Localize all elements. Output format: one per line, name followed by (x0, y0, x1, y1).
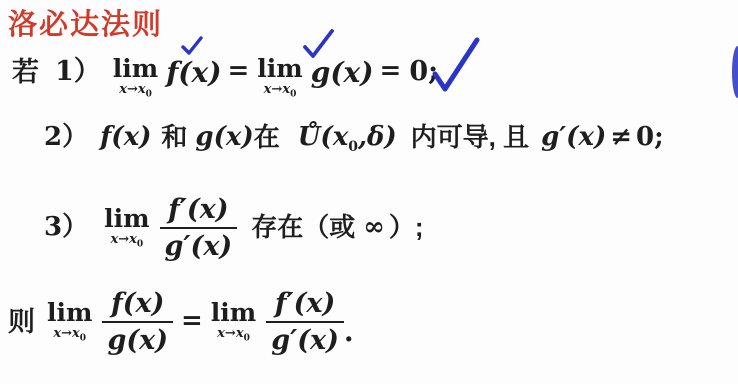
lim-subscript: x→x0 (217, 327, 250, 344)
limit-operator: lim x→x0 (257, 56, 302, 100)
checkmark-icon-large (430, 36, 482, 94)
lim-subscript-text: x→x (110, 232, 136, 247)
f-of-x: f(x) (100, 122, 151, 153)
checkmark-icon-over-g (303, 29, 334, 60)
lim-subscript-text: x→x (119, 82, 145, 97)
checkmark-icon-over-f (181, 36, 203, 56)
slide-title: 洛必达法则 (8, 2, 163, 43)
neighborhood-zero: 0 (348, 139, 358, 155)
differentiable-text: 内可导, 且 (411, 122, 529, 153)
limit-operator: lim x→x0 (104, 206, 149, 250)
fraction-denominator: g(x) (102, 321, 173, 356)
if-word: 若 (12, 56, 39, 88)
fraction-denominator: g′(x) (266, 321, 344, 356)
lim-subscript-zero: 0 (80, 334, 86, 344)
equals-sign: = (181, 306, 203, 337)
condition-2-number: 2） (44, 122, 88, 153)
fraction-numerator: f′(x) (270, 288, 340, 321)
g-of-x: g(x) (195, 122, 253, 153)
lim-subscript: x→x0 (119, 83, 152, 100)
condition-2-line: 2） f(x) 和 g(x) 在 Ů(x0,δ) 内可导, 且 g′(x) ≠ … (44, 122, 664, 156)
then-word: 则 (8, 306, 35, 338)
fraction-denominator: g′(x) (160, 227, 238, 262)
lim-word: lim (211, 300, 256, 326)
exists-text: 存在（或 (251, 212, 355, 243)
neighborhood-delta: ,δ) (358, 122, 397, 152)
condition-1-number: 1） (55, 56, 101, 88)
fraction-numerator: f(x) (106, 288, 169, 321)
derivative-ratio-fraction: f′(x) g′(x) (266, 288, 344, 356)
condition-1-line: 若 1） lim x→x0 f(x) = lim x→x0 g(x) = 0; (12, 56, 438, 100)
fraction-numerator: f′(x) (163, 194, 233, 227)
limit-operator: lim x→x0 (211, 300, 256, 344)
and-word: 和 (161, 122, 187, 153)
condition-3-line: 3） lim x→x0 f′(x) g′(x) 存在（或 ∞ ）; (44, 186, 424, 270)
lim-subscript: x→x0 (53, 327, 86, 344)
slide-canvas: 洛必达法则 若 1） lim x→x0 f(x) = lim x→x0 g(x)… (0, 0, 738, 384)
deleted-neighborhood: Ů(x0,δ) (298, 122, 397, 156)
infinity-symbol: ∞ (363, 212, 385, 243)
lim-subscript-zero: 0 (290, 90, 296, 100)
lim-subscript-zero: 0 (137, 240, 143, 250)
not-equal-sign: ≠ (610, 122, 632, 153)
lim-word: lim (47, 300, 92, 326)
condition-3-number: 3） (44, 212, 88, 243)
equals-sign: = (227, 56, 249, 87)
zero-value: 0; (636, 122, 664, 153)
pen-stroke-edge-mark (732, 46, 738, 98)
neighborhood-u: Ů(x (298, 122, 348, 152)
close-paren-text: ）; (389, 212, 424, 243)
period-mark: . (344, 315, 354, 348)
lim-subscript-text: x→x (264, 82, 290, 97)
g-of-x: g(x) (311, 56, 374, 90)
lim-subscript-zero: 0 (146, 90, 152, 100)
limit-operator: lim x→x0 (113, 56, 158, 100)
limit-operator: lim x→x0 (47, 300, 92, 344)
at-word: 在 (254, 122, 280, 153)
lim-subscript: x→x0 (264, 83, 297, 100)
f-of-x: f(x) (166, 56, 221, 90)
lim-word: lim (257, 56, 302, 82)
lim-subscript: x→x0 (110, 233, 143, 250)
conclusion-line: 则 lim x→x0 f(x) g(x) = lim x→x0 f′(x) g′… (8, 276, 354, 368)
lim-subscript-text: x→x (217, 326, 243, 341)
lim-subscript-text: x→x (53, 326, 79, 341)
g-prime-of-x: g′(x) (541, 122, 606, 153)
lim-subscript-zero: 0 (244, 334, 250, 344)
equals-sign: = (380, 56, 402, 87)
lim-word: lim (104, 206, 149, 232)
derivative-ratio-fraction: f′(x) g′(x) (160, 194, 238, 262)
lim-word: lim (113, 56, 158, 82)
function-ratio-fraction: f(x) g(x) (102, 288, 173, 356)
